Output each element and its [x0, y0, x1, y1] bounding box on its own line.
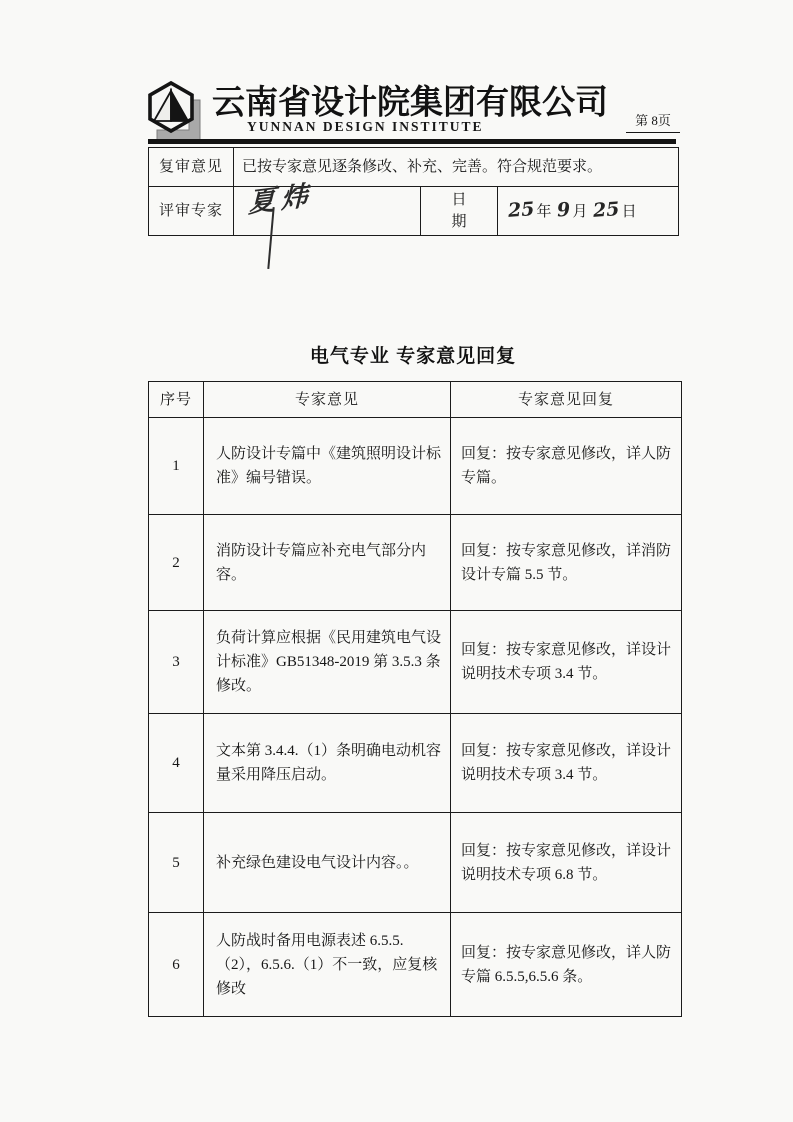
table-header-row: 序号 专家意见 专家意见回复 — [149, 382, 682, 418]
review-opinion-label: 复审意见 — [149, 148, 234, 187]
review-expert-label: 评审专家 — [149, 187, 234, 236]
company-name-chinese: 云南省设计院集团有限公司 — [212, 76, 592, 124]
expert-opinion-text: 人防战时备用电源表述 6.5.5.（2），6.5.6.（1）不一致，应复核修改 — [204, 913, 451, 1017]
row-number: 1 — [149, 418, 204, 515]
handwritten-day: 25 — [592, 198, 620, 222]
section-title: 电气专业 专家意见回复 — [148, 341, 678, 368]
expert-opinion-text: 消防设计专篇应补充电气部分内容。 — [204, 515, 451, 611]
date-value-cell: 25年 9月 25日 — [498, 187, 679, 236]
scanned-document-page: 云南省设计院集团有限公司 YUNNAN DESIGN INSTITUTE 第 8… — [0, 0, 793, 1122]
expert-opinion-text: 补充绿色建设电气设计内容。。 — [204, 813, 451, 913]
opinion-reply-text: 回复：按专家意见修改，详消防设计专篇 5.5 节。 — [451, 515, 682, 611]
expert-opinion-text: 人防设计专篇中《建筑照明设计标准》编号错误。 — [204, 418, 451, 515]
table-row: 3 负荷计算应根据《民用建筑电气设计标准》GB51348-2019 第 3.5.… — [149, 611, 682, 714]
page-number: 第 8页 — [626, 110, 680, 133]
date-label: 日 期 — [421, 187, 498, 236]
row-number: 3 — [149, 611, 204, 714]
year-unit: 年 — [536, 204, 551, 220]
review-approval-table: 复审意见 已按专家意见逐条修改、补充、完善。符合规范要求。 评审专家 夏炜 日 … — [148, 147, 679, 236]
review-expert-row: 评审专家 夏炜 日 期 25年 9月 25日 — [149, 187, 679, 236]
handwritten-month: 9 — [556, 199, 571, 222]
header-divider-rule — [148, 139, 676, 144]
row-number: 4 — [149, 714, 204, 813]
company-name-english: YUNNAN DESIGN INSTITUTE — [247, 119, 484, 135]
table-row: 6 人防战时备用电源表述 6.5.5.（2），6.5.6.（1）不一致，应复核修… — [149, 913, 682, 1017]
column-header-no: 序号 — [149, 382, 204, 418]
row-number: 6 — [149, 913, 204, 1017]
opinion-reply-text: 回复：按专家意见修改，详设计说明技术专项 6.8 节。 — [451, 813, 682, 913]
table-row: 4 文本第 3.4.4.（1）条明确电动机容量采用降压启动。 回复：按专家意见修… — [149, 714, 682, 813]
column-header-reply: 专家意见回复 — [451, 382, 682, 418]
opinion-reply-text: 回复：按专家意见修改，详人防专篇 6.5.5,6.5.6 条。 — [451, 913, 682, 1017]
table-row: 5 补充绿色建设电气设计内容。。 回复：按专家意见修改，详设计说明技术专项 6.… — [149, 813, 682, 913]
day-unit: 日 — [622, 204, 637, 220]
handwritten-signature: 夏炜 — [248, 185, 314, 215]
expert-opinion-text: 文本第 3.4.4.（1）条明确电动机容量采用降压启动。 — [204, 714, 451, 813]
opinion-reply-text: 回复：按专家意见修改，详人防专篇。 — [451, 418, 682, 515]
review-opinion-row: 复审意见 已按专家意见逐条修改、补充、完善。符合规范要求。 — [149, 148, 679, 187]
table-row: 1 人防设计专篇中《建筑照明设计标准》编号错误。 回复：按专家意见修改，详人防专… — [149, 418, 682, 515]
row-number: 5 — [149, 813, 204, 913]
company-logo-icon — [144, 80, 208, 146]
row-number: 2 — [149, 515, 204, 611]
month-unit: 月 — [572, 204, 587, 220]
expert-opinion-table: 序号 专家意见 专家意见回复 1 人防设计专篇中《建筑照明设计标准》编号错误。 … — [148, 381, 682, 1017]
column-header-opinion: 专家意见 — [204, 382, 451, 418]
opinion-reply-text: 回复：按专家意见修改，详设计说明技术专项 3.4 节。 — [451, 714, 682, 813]
opinion-reply-text: 回复：按专家意见修改，详设计说明技术专项 3.4 节。 — [451, 611, 682, 714]
expert-opinion-text: 负荷计算应根据《民用建筑电气设计标准》GB51348-2019 第 3.5.3 … — [204, 611, 451, 714]
handwritten-year: 25 — [507, 198, 535, 222]
expert-signature-cell: 夏炜 — [234, 187, 421, 236]
table-row: 2 消防设计专篇应补充电气部分内容。 回复：按专家意见修改，详消防设计专篇 5.… — [149, 515, 682, 611]
